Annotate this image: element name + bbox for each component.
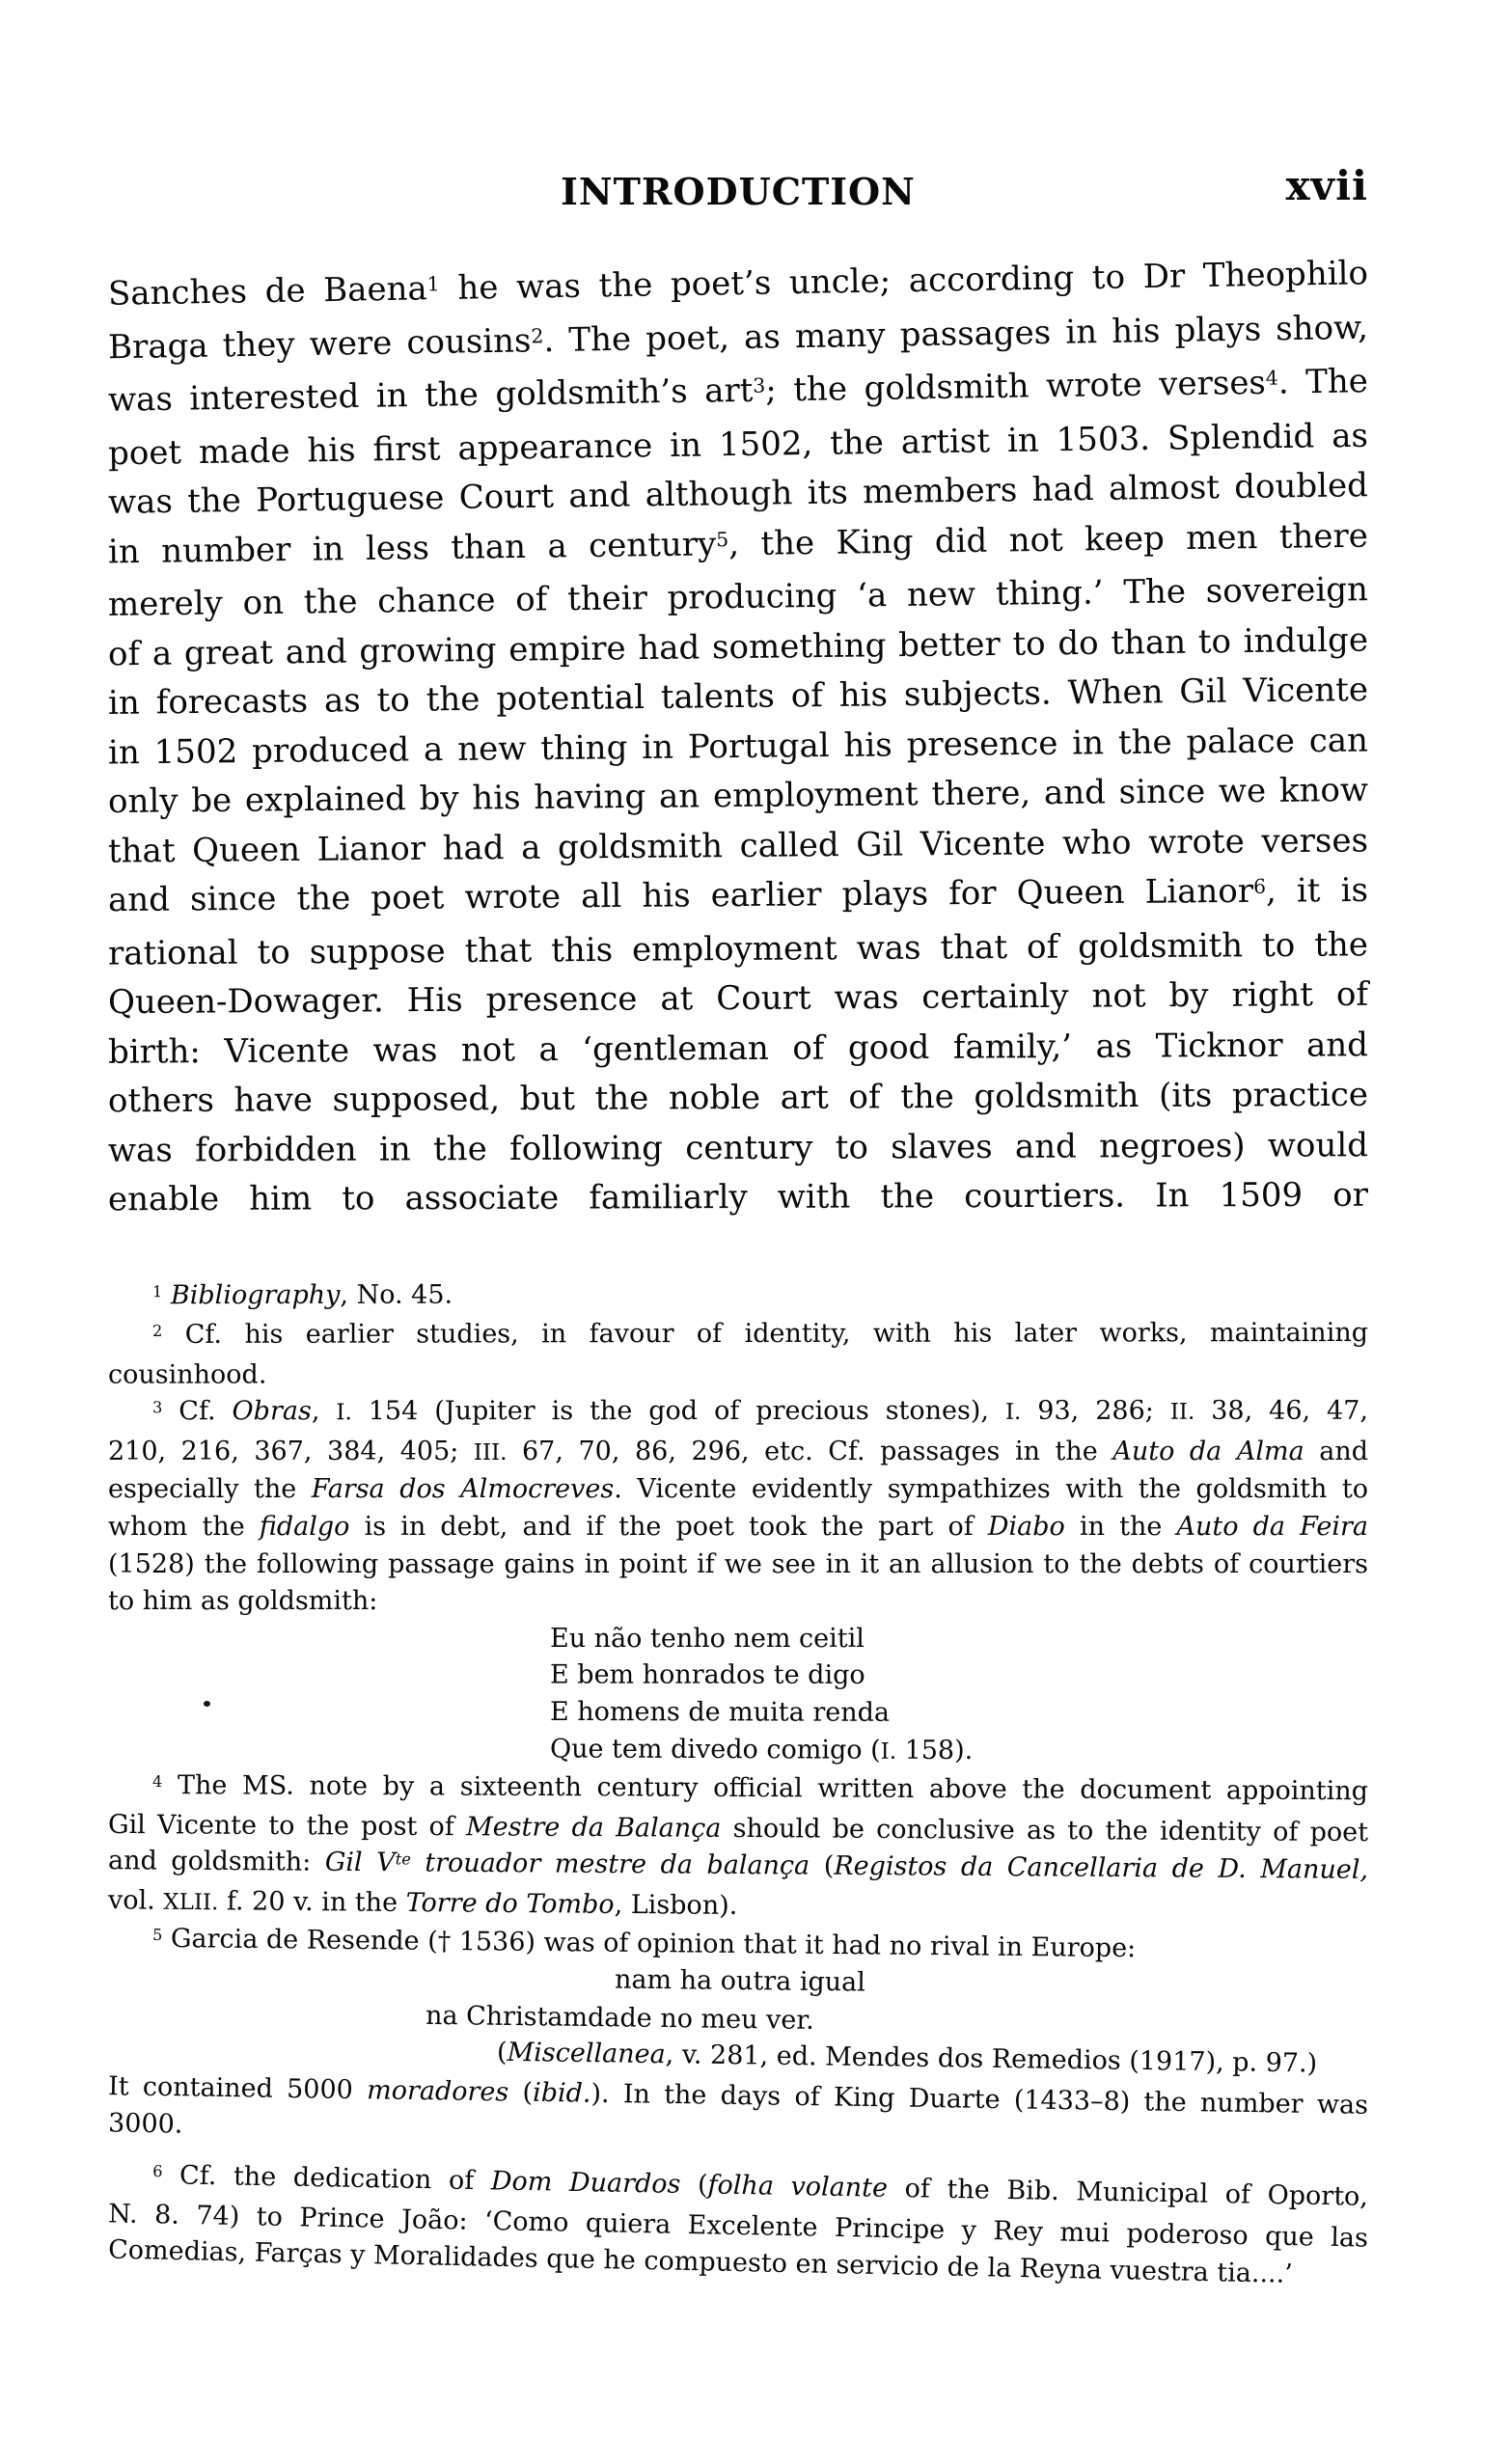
text-segment: of a great and growing empire had someth…	[108, 620, 1368, 673]
text-segment: Cf. his earlier studies, in favour of id…	[162, 1318, 1368, 1350]
text-segment: rational to suppose that this employment…	[108, 925, 1368, 972]
text-segment: 154 (Jupiter is the god of precious ston…	[352, 1396, 1005, 1426]
text-segment: to him as goldsmith:	[108, 1586, 377, 1616]
text-segment: was interested in the goldsmith’s art	[108, 371, 754, 420]
footnote-2: 2 Cf. his earlier studies, in favour of …	[108, 1316, 1368, 1393]
superscript-reference: 6	[1253, 875, 1266, 898]
superscript-reference: 5	[152, 1925, 163, 1943]
text-segment: It contained 5000	[108, 2071, 367, 2105]
footnote-5-lines: 5 Garcia de Resende († 1536) was of opin…	[108, 1927, 1368, 1967]
text-segment: Sanches de Baena	[108, 269, 427, 313]
superscript-reference: 4	[1266, 366, 1278, 389]
text-segment: Bibliography	[171, 1279, 341, 1309]
text-segment: (	[497, 2038, 508, 2067]
text-segment: (	[508, 2077, 533, 2107]
footnote-4: 4 The MS. note by a sixteenth century of…	[108, 1770, 1368, 1926]
text-segment: The MS. note by a sixteenth century offi…	[162, 1770, 1368, 1806]
text-segment: cousinhood.	[108, 1359, 266, 1389]
superscript-reference: 3	[753, 373, 765, 397]
text-segment: (1528) the following passage gains in po…	[108, 1549, 1368, 1579]
footnote-3-verse: Eu não tenho nem ceitilE bem honrados te…	[108, 1621, 1368, 1770]
text-segment: E bem honrados te digo	[550, 1660, 865, 1690]
footnote-3-line: especially the Farsa dos Almocreves. Vic…	[108, 1471, 1368, 1509]
text-segment: 93, 286;	[1021, 1396, 1170, 1426]
text-segment: ,	[312, 1396, 337, 1426]
footnote-5-verse: nam ha outra igualna Christamdade no meu…	[108, 1966, 1368, 2040]
footnote-3-line: to him as goldsmith:	[108, 1583, 1368, 1621]
footnote-5: 5 Garcia de Resende († 1536) was of opin…	[108, 1927, 1368, 2153]
page-number: xvii	[1286, 162, 1368, 209]
footnote-3-line: (1528) the following passage gains in po…	[108, 1547, 1368, 1584]
text-segment: na Christamdade no meu ver.	[426, 2001, 814, 2036]
text-segment: Diabo	[988, 1512, 1065, 1542]
text-segment: Garcia de Resende († 1536) was of opinio…	[162, 1924, 1136, 1963]
text-segment: Cf. the dedication of	[162, 2160, 491, 2196]
page-header: INTRODUCTION xvii	[108, 170, 1368, 214]
text-segment: . The	[1278, 362, 1369, 401]
text-segment: only be explained by his having an emplo…	[108, 771, 1368, 821]
body-text-line: Queen-Dowager. His presence at Court was…	[108, 971, 1368, 1028]
text-segment: III.	[474, 1440, 507, 1465]
text-segment: Gil Vicente to the post of	[108, 1810, 466, 1842]
text-segment: Eu não tenho nem ceitil	[550, 1624, 865, 1654]
text-segment: Registos da Cancellaria de D. Manuel,	[834, 1851, 1368, 1885]
chapter-running-head: INTRODUCTION	[108, 170, 1368, 213]
text-segment: nam ha outra igual	[615, 1965, 865, 1998]
footnote-6-lines: 6 Cf. the dedication of Dom Duardos (fol…	[108, 2168, 1368, 2283]
text-segment: 3000.	[108, 2108, 183, 2139]
text-segment: f. 20 v. in the	[218, 1886, 406, 1918]
text-segment: he was the poet’s uncle; according to Dr…	[439, 254, 1368, 308]
footnote-3-verse-line: E homens de muita renda	[550, 1694, 1368, 1734]
text-segment: ). In the days of King Duarte (1433–8) t…	[590, 2079, 1368, 2121]
text-segment: was forbidden in the following century t…	[108, 1126, 1368, 1170]
text-segment: moradores	[367, 2075, 509, 2107]
text-segment: Obras	[233, 1396, 312, 1426]
superscript-reference: 2	[152, 1322, 162, 1340]
book-page-scan: INTRODUCTION xvii Sanches de Baena1 he w…	[0, 0, 1510, 2464]
text-segment: , Lisbon).	[615, 1890, 738, 1921]
footnote-1: 1 Bibliography, No. 45.	[108, 1276, 1368, 1317]
text-segment: E homens de muita renda	[550, 1697, 890, 1728]
text-segment: 67, 70, 86, 296, etc. Cf. passages in th…	[507, 1437, 1112, 1466]
superscript-reference: 5	[716, 527, 728, 550]
footnote-3-line: 210, 216, 367, 384, 405; III. 67, 70, 86…	[108, 1434, 1368, 1472]
body-text-line: birth: Vicente was not a ‘gentleman of g…	[108, 1021, 1368, 1078]
text-segment: especially the	[108, 1474, 312, 1504]
superscript-reference: 1	[152, 1281, 162, 1300]
text-segment: 158).	[896, 1735, 973, 1765]
text-segment: trouador mestre da balança	[411, 1848, 810, 1881]
text-segment: birth: Vicente was not a ‘gentleman of g…	[108, 1026, 1368, 1071]
footnote-1-line: 1 Bibliography, No. 45.	[108, 1274, 1368, 1317]
text-segment: Dom Duardos	[491, 2167, 681, 2201]
body-text-line: others have supposed, but the noble art …	[108, 1071, 1368, 1127]
text-segment: and	[1304, 1437, 1368, 1466]
text-segment: should be conclusive as to the identity …	[721, 1814, 1368, 1848]
text-segment: in forecasts as to the potential talents…	[108, 671, 1368, 723]
superscript-reference: 4	[152, 1772, 162, 1791]
text-segment: Miscellanea	[507, 2038, 665, 2069]
footnote-6: 6 Cf. the dedication of Dom Duardos (fol…	[108, 2168, 1368, 2283]
text-segment: in the	[1065, 1512, 1177, 1542]
body-text-line: enable him to associate familiarly with …	[108, 1171, 1368, 1225]
text-segment: II.	[1170, 1400, 1194, 1425]
text-segment: others have supposed, but the noble art …	[108, 1076, 1368, 1120]
text-segment: Auto da Feira	[1176, 1512, 1368, 1542]
text-segment: I.	[1005, 1400, 1021, 1425]
footnote-2-line: 2 Cf. his earlier studies, in favour of …	[108, 1315, 1368, 1357]
text-segment: Braga they were cousins	[108, 321, 532, 367]
superscript-reference: 1	[426, 272, 439, 295]
text-segment: (	[680, 2170, 708, 2201]
superscript-reference: 2	[531, 323, 543, 346]
text-segment: Gil V	[325, 1848, 396, 1878]
text-segment: . The poet, as many passages in his play…	[543, 308, 1368, 359]
footnote-2-lines: 2 Cf. his earlier studies, in favour of …	[108, 1316, 1368, 1393]
text-segment	[162, 1280, 171, 1310]
text-segment: that Queen Lianor had a goldsmith called…	[108, 821, 1368, 870]
footnote-3-verse-line: Eu não tenho nem ceitil	[550, 1621, 1368, 1658]
text-column: INTRODUCTION xvii Sanches de Baena1 he w…	[108, 0, 1368, 2283]
footnote-3: 3 Cf. Obras, I. 154 (Jupiter is the god …	[108, 1393, 1368, 1770]
text-segment: . Vicente evidently sympathizes with the…	[614, 1474, 1368, 1504]
body-text-line: and since the poet wrote all his earlier…	[108, 866, 1368, 930]
text-segment: merely on the chance of their producing …	[108, 570, 1368, 624]
footnote-3-line: whom the fidalgo is in debt, and if the …	[108, 1509, 1368, 1547]
footnote-4-lines: 4 The MS. note by a sixteenth century of…	[108, 1770, 1368, 1926]
text-segment: fidalgo	[260, 1512, 350, 1542]
text-segment: ; the goldsmith wrote verses	[765, 364, 1266, 410]
footnote-4-line: 4 The MS. note by a sixteenth century of…	[108, 1767, 1368, 1814]
text-segment: I.	[336, 1400, 351, 1425]
body-text-line: rational to suppose that this employment…	[108, 920, 1368, 979]
text-segment: , the King did not keep men there	[728, 516, 1368, 562]
superscript-reference: 6	[152, 2162, 163, 2180]
text-segment: Farsa dos Almocreves	[312, 1474, 614, 1504]
text-segment: is in debt, and if the poet took the par…	[349, 1512, 987, 1542]
text-segment: Mestre da Balança	[466, 1812, 722, 1844]
text-segment: Torre do Tombo	[406, 1888, 615, 1920]
superscript-reference: te	[396, 1849, 411, 1868]
footnote-5-continuation: It contained 5000 moradores (ibid.). In …	[108, 2078, 1368, 2152]
text-segment: in number in less than a century	[108, 525, 717, 571]
text-segment: and goldsmith:	[108, 1846, 325, 1877]
text-segment: , v. 281, ed. Mendes dos Remedios (1917)…	[665, 2040, 1317, 2079]
text-segment: I.	[881, 1738, 896, 1764]
text-segment: of the Bib. Municipal of Oporto,	[888, 2174, 1368, 2212]
text-segment: whom the	[108, 1512, 260, 1542]
text-segment: XLII.	[163, 1890, 218, 1916]
text-segment: enable him to associate familiarly with …	[108, 1176, 1368, 1219]
text-segment: (	[810, 1851, 834, 1881]
footnote-3-line: 3 Cf. Obras, I. 154 (Jupiter is the god …	[108, 1393, 1368, 1434]
footnote-3-verse-line: Que tem divedo comigo (I. 158).	[550, 1731, 1368, 1772]
text-segment: vol.	[108, 1885, 164, 1916]
text-segment: Cf.	[162, 1397, 232, 1427]
footnote-3-verse-line: E bem honrados te digo	[550, 1657, 1368, 1696]
footnote-2-line: cousinhood.	[108, 1355, 1368, 1394]
main-text-section: Sanches de Baena1 he was the poet’s uncl…	[108, 260, 1368, 1223]
footnote-1-lines: 1 Bibliography, No. 45.	[108, 1276, 1368, 1317]
text-segment: 38, 46, 47,	[1194, 1396, 1368, 1426]
text-segment: folha volante	[707, 2171, 888, 2204]
text-segment: , No. 45.	[340, 1279, 453, 1309]
text-segment: and since the poet wrote all his earlier…	[108, 872, 1253, 919]
footnotes-section: 1 Bibliography, No. 45. 2 Cf. his earlie…	[108, 1276, 1368, 2283]
body-text-line: was forbidden in the following century t…	[108, 1121, 1368, 1176]
superscript-reference: 3	[152, 1398, 162, 1416]
text-segment: , it is	[1266, 871, 1368, 911]
text-segment: Que tem divedo comigo (	[550, 1734, 881, 1765]
text-segment: 210, 216, 367, 384, 405;	[108, 1437, 474, 1466]
text-segment: Queen-Dowager. His presence at Court was…	[108, 975, 1368, 1022]
footnote-3-lines: 3 Cf. Obras, I. 154 (Jupiter is the god …	[108, 1393, 1368, 1621]
text-segment: ibid.	[533, 2078, 591, 2109]
text-segment: in 1502 produced a new thing in Portugal…	[108, 721, 1368, 772]
text-segment: Auto da Alma	[1112, 1437, 1304, 1466]
